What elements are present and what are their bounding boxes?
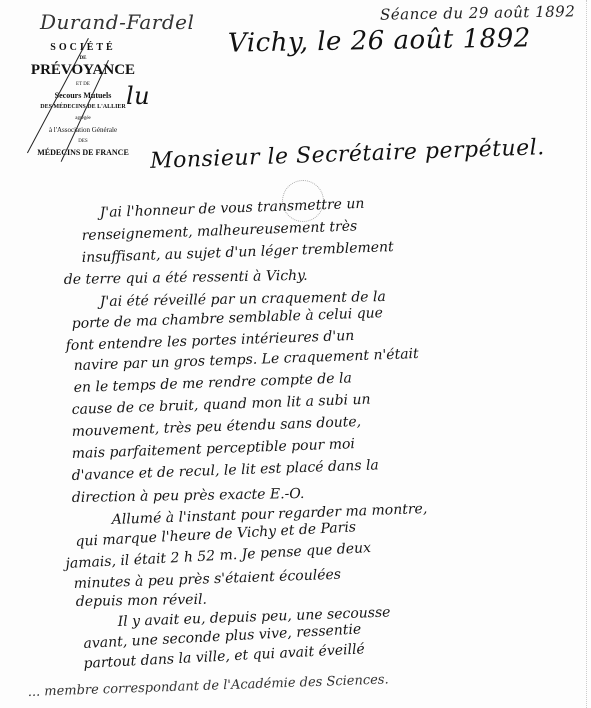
body-line: J'ai l'honneur de vous transmettre un bbox=[99, 196, 364, 221]
body-line: renseignement, malheureusement très bbox=[81, 218, 357, 244]
letterhead-line: PRÉVOYANCE bbox=[8, 62, 158, 79]
body-line: cause de ce bruit, quand mon lit a subi … bbox=[71, 392, 370, 418]
letterhead-line: à l'Association Générale bbox=[8, 126, 158, 134]
body-line: direction à peu près exacte E.-O. bbox=[72, 486, 305, 506]
letterhead-line: DE bbox=[8, 56, 158, 61]
body-line: minutes à peu près s'étaient écoulées bbox=[73, 567, 341, 592]
scan-edge-noise bbox=[584, 0, 587, 708]
annotation-author-name: Durand-Fardel bbox=[40, 10, 194, 34]
annotation-session-date: Séance du 29 août 1892 bbox=[380, 2, 576, 23]
letterhead: SOCIÉTÉ DE PRÉVOYANCE ET DE Secours Mutu… bbox=[8, 40, 158, 180]
letterhead-line: agrégée bbox=[8, 116, 158, 121]
scanned-letter-page: Durand-Fardel Séance du 29 août 1892 SOC… bbox=[0, 0, 591, 708]
body-line: depuis mon réveil. bbox=[76, 592, 207, 610]
body-line: de terre qui a été ressenti à Vichy. bbox=[64, 268, 308, 288]
salutation: Monsieur le Secrétaire perpétuel. bbox=[150, 135, 545, 174]
body-line: en le temps de me rendre compte de la bbox=[73, 370, 352, 396]
letterhead-line: MÉDECINS DE FRANCE bbox=[8, 148, 158, 157]
place-date: Vichy, le 26 août 1892 bbox=[228, 23, 531, 58]
body-line: insuffisant, au sujet d'un léger tremble… bbox=[81, 239, 394, 266]
body-line: mais parfaitement perceptible pour moi bbox=[71, 436, 355, 462]
body-line: d'avance et de recul, le lit est placé d… bbox=[71, 457, 379, 484]
body-line: mouvement, très peu étendu sans doute, bbox=[71, 414, 361, 440]
letterhead-line: DES bbox=[8, 139, 158, 144]
closing-line: ... membre correspondant de l'Académie d… bbox=[27, 672, 388, 700]
margin-note: lu bbox=[126, 82, 150, 110]
